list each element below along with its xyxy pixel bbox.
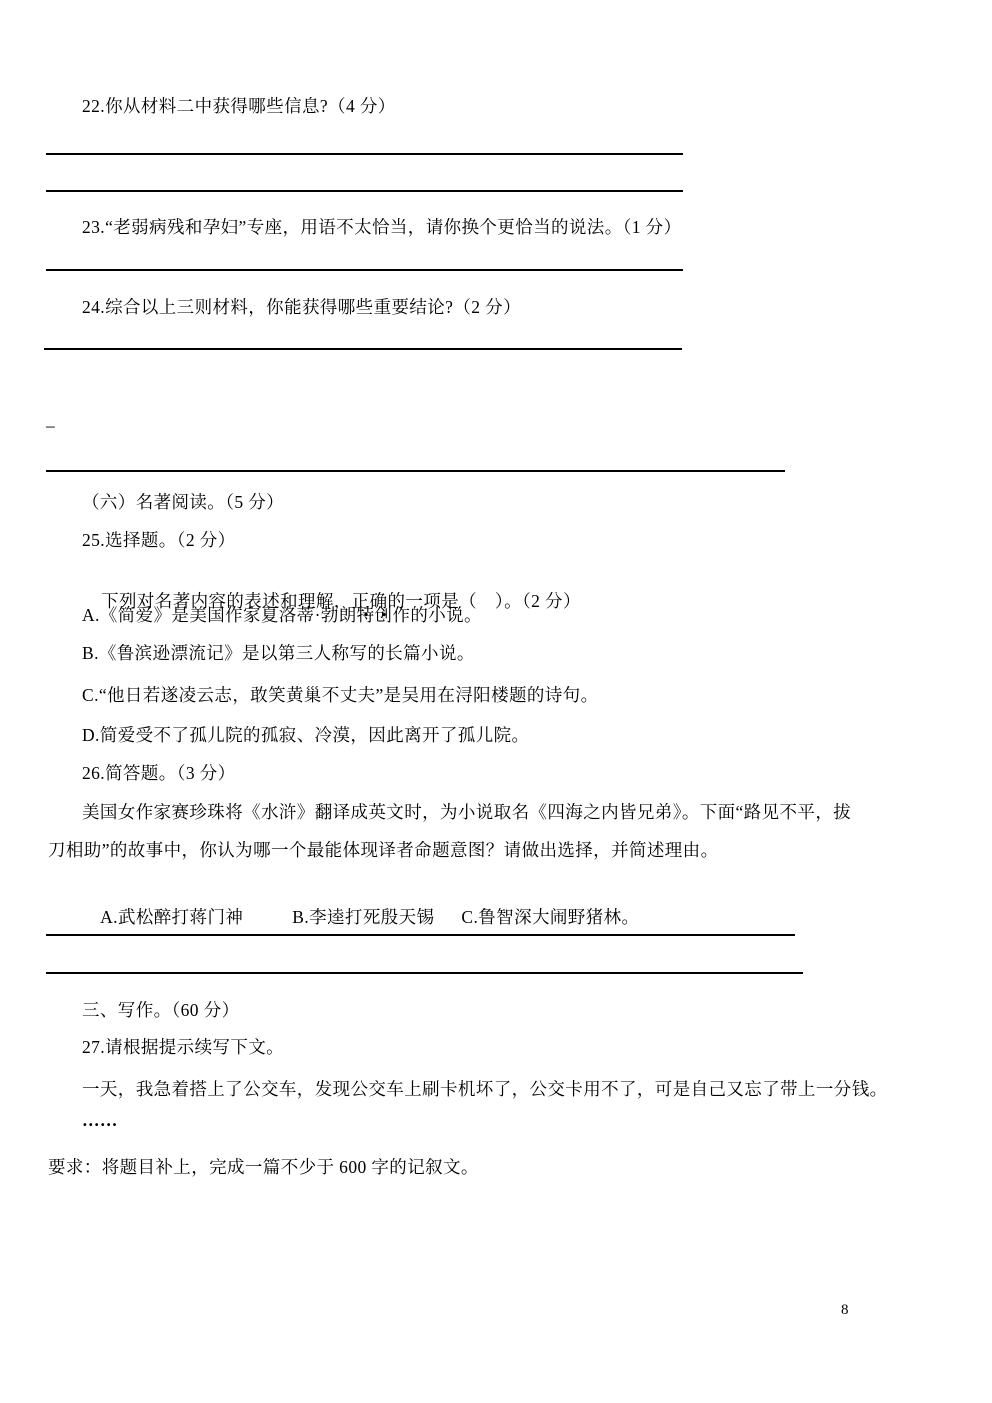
question-27-requirement: 要求：将题目补上，完成一篇不少于 600 字的记叙文。 bbox=[48, 1155, 479, 1179]
question-27-title: 27.请根据提示续写下文。 bbox=[82, 1035, 284, 1059]
section-6-heading: （六）名著阅读。（5 分） bbox=[82, 490, 284, 514]
question-26-options-row: A.武松醉打蒋门神B.李逵打死殷天锡C.鲁智深大闹野猪林。 bbox=[82, 881, 639, 953]
answer-blank-line-6 bbox=[46, 934, 795, 936]
question-25-title: 25.选择题。（2 分） bbox=[82, 528, 236, 552]
writing-section-heading: 三、写作。（60 分） bbox=[82, 998, 240, 1022]
question-25-option-c: C.“他日若遂凌云志，敢笑黄巢不丈夫”是吴用在浔阳楼题的诗句。 bbox=[82, 683, 598, 707]
question-25-option-b: B.《鲁滨逊漂流记》是以第三人称写的长篇小说。 bbox=[82, 641, 475, 665]
answer-blank-line-1 bbox=[46, 153, 683, 155]
question-25-option-a: A.《简爱》是美国作家夏洛蒂·勃朗特创作的小说。 bbox=[82, 603, 482, 627]
answer-blank-line-7 bbox=[46, 972, 803, 974]
question-22-text: 22.你从材料二中获得哪些信息?（4 分） bbox=[82, 94, 396, 118]
answer-blank-line-4 bbox=[44, 348, 682, 350]
page-number: 8 bbox=[841, 1298, 849, 1322]
question-26-option-a: A.武松醉打蒋门神 bbox=[100, 907, 243, 927]
question-27-prompt: 一天，我急着搭上了公交车，发现公交车上刷卡机坏了，公交卡用不了，可是自己又忘了带… bbox=[82, 1077, 888, 1101]
question-26-title: 26.简答题。（3 分） bbox=[82, 761, 236, 785]
answer-blank-line-3 bbox=[46, 269, 683, 271]
question-26-body-line-1: 美国女作家赛珍珠将《水浒》翻译成英文时，为小说取名《四海之内皆兄弟》。下面“路见… bbox=[82, 800, 851, 824]
question-26-option-b: B.李逵打死殷天锡 bbox=[292, 907, 434, 927]
stray-underscore-mark: _ bbox=[46, 407, 55, 431]
question-27-ellipsis: …… bbox=[82, 1108, 118, 1132]
question-25-option-d: D.简爱受不了孤儿院的孤寂、冷漠，因此离开了孤儿院。 bbox=[82, 723, 529, 747]
answer-blank-line-5 bbox=[46, 470, 785, 472]
exam-page: 22.你从材料二中获得哪些信息?（4 分） 23.“老弱病残和孕妇”专座，用语不… bbox=[0, 0, 992, 1403]
question-23-text: 23.“老弱病残和孕妇”专座，用语不太恰当，请你换个更恰当的说法。（1 分） bbox=[82, 215, 681, 239]
answer-blank-line-2 bbox=[46, 190, 683, 192]
question-26-body-line-2: 刀相助”的故事中，你认为哪一个最能体现译者命题意图？请做出选择，并简述理由。 bbox=[48, 838, 718, 862]
question-24-text: 24.综合以上三则材料，你能获得哪些重要结论?（2 分） bbox=[82, 295, 521, 319]
question-26-option-c: C.鲁智深大闹野猪林。 bbox=[461, 907, 639, 927]
